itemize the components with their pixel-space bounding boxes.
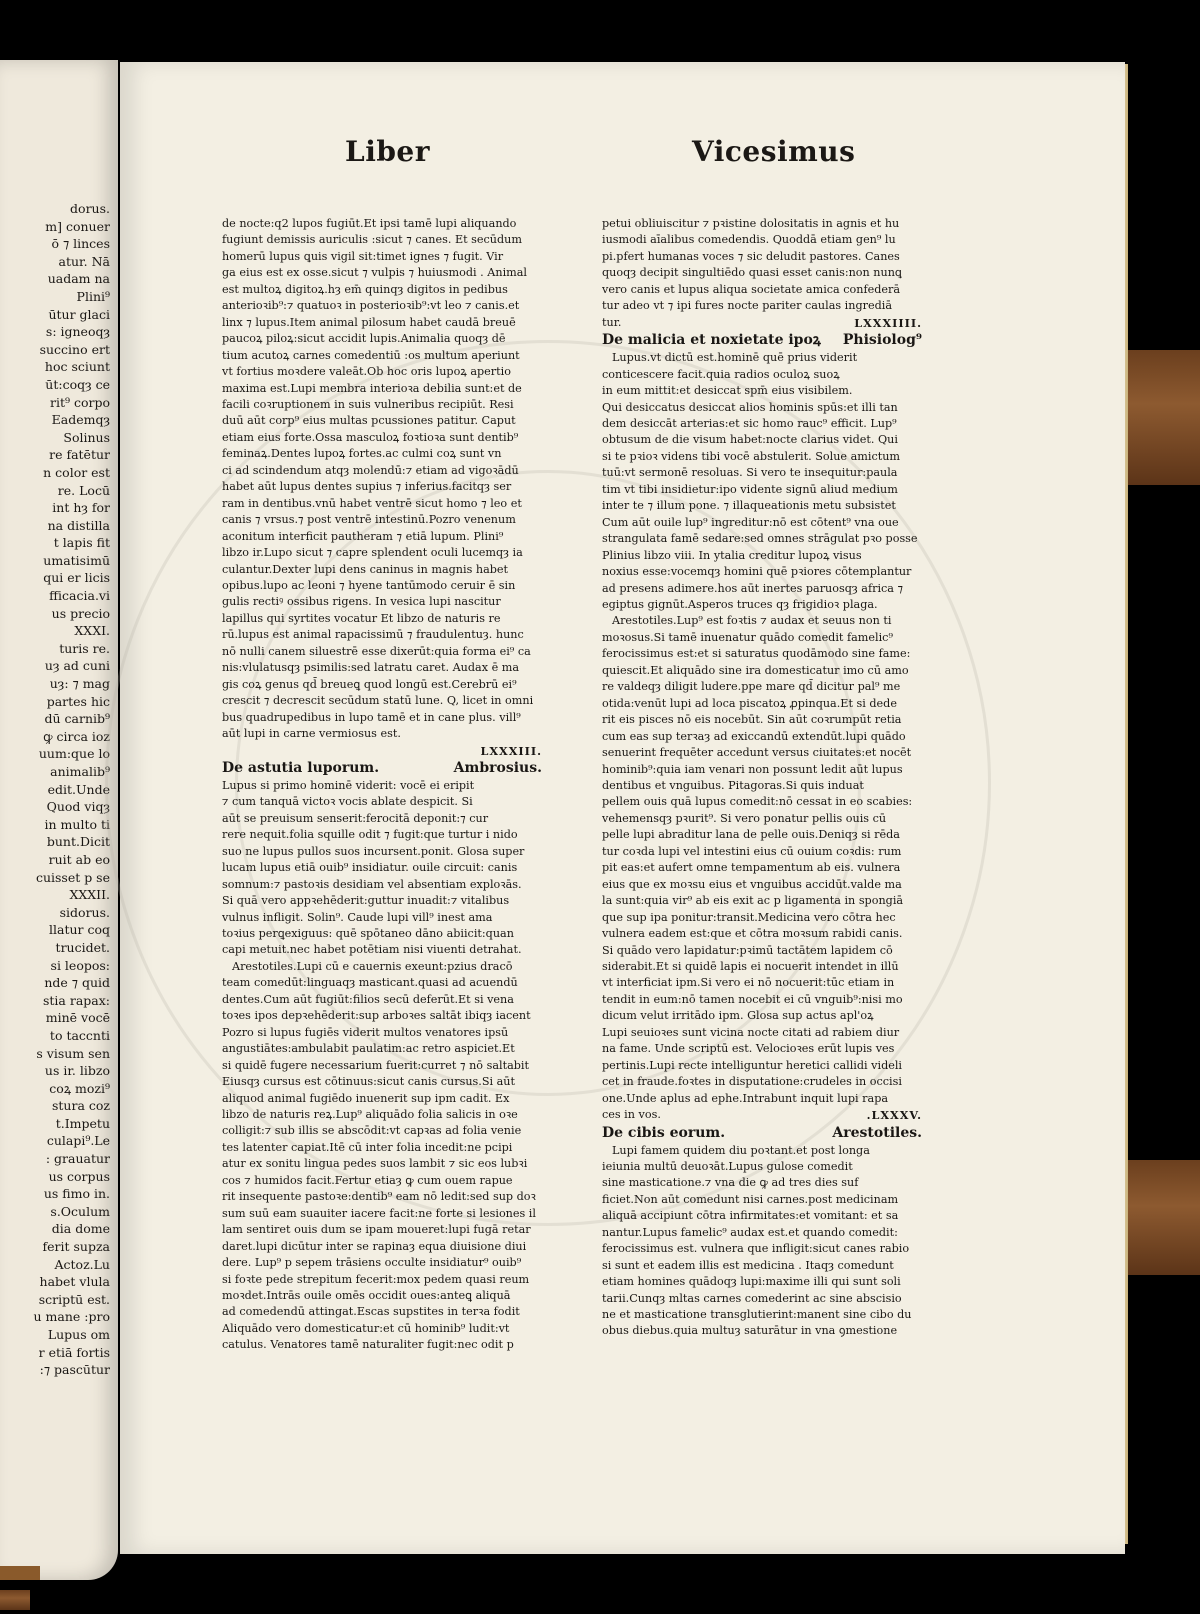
text-line: uȝ: ⁊ mag	[0, 675, 110, 693]
text-line: Plini⁹	[0, 288, 110, 306]
leather-clasp-top	[1125, 350, 1200, 485]
text-line: vt interficiat ipm.Si vero ei nō nocueri…	[602, 975, 922, 991]
text-line: capi metuit.nec habet potētiam nisi viue…	[222, 942, 542, 958]
text-line: Arestotiles.Lupi cū e cauernis exeunt:pz…	[222, 959, 542, 975]
text-line: Cum aūt ouile lup⁹ ingreditur:nō est cōt…	[602, 515, 922, 531]
text-line: siderabit.Et si quidē lapis ei nocuerit …	[602, 959, 922, 975]
text-line: n color est	[0, 464, 110, 482]
text-line: que sup ipa ponitur:transit.Medicina ver…	[602, 910, 922, 926]
text-line: petui obliuiscitur ⁊ pꝛistine dolositati…	[602, 216, 922, 232]
text-line: atur. Nā	[0, 253, 110, 271]
text-line: ūt:coqȝ ce	[0, 376, 110, 394]
text-line: catulus. Venatores tamē naturaliter fugi…	[222, 1337, 542, 1353]
text-line: quiescit.Et aliquādo sine ira domesticat…	[602, 663, 922, 679]
text-line: cum eas sup terꝛaȝ ad exiccandū extendūt…	[602, 729, 922, 745]
text-line: Lupi seuioꝛes sunt vicina nocte citati a…	[602, 1025, 922, 1041]
text-line: r etiā fortis	[0, 1344, 110, 1362]
text-line: :⁊ pascūtur	[0, 1361, 110, 1379]
text-column-right: petui obliuiscitur ⁊ pꝛistine dolositati…	[602, 216, 922, 1340]
text-line: anterioꝛib⁹:⁊ quatuoꝛ in posterioꝛib⁹:vt…	[222, 298, 542, 314]
text-line: otida:venūt lupi ad loca piscatoꝝ ꝓpinqu…	[602, 696, 922, 712]
text-line: sine masticatione.⁊ vna die ꝙ ad tres di…	[602, 1175, 922, 1191]
text-line: stia rapax:	[0, 992, 110, 1010]
text-line: u mane :pro	[0, 1308, 110, 1326]
text-line: t.Impetu	[0, 1115, 110, 1133]
text-line: Arestotiles.Lup⁹ est foꝛtis ⁊ audax et s…	[602, 613, 922, 629]
text-line: ferocissimus est. vulnera que infligit:s…	[602, 1241, 922, 1257]
text-line: umatisimū	[0, 552, 110, 570]
text-line: partes hic	[0, 693, 110, 711]
text-line: Lupus om	[0, 1326, 110, 1344]
text-line: dentibus et vnguibus. Pitagoras.Si quis …	[602, 778, 922, 794]
text-line: moꝛdet.Intrās ouile omēs occidit oues:an…	[222, 1288, 542, 1304]
text-line: opibus.lupo ac leoni ⁊ hyene tantūmodo c…	[222, 578, 542, 594]
binding-edge	[0, 1566, 40, 1580]
text-line: si te pꝛioꝛ videns tibi vocē abstulerit.…	[602, 449, 922, 465]
section-source: Ambrosius.	[454, 759, 542, 777]
text-line: Quod viqȝ	[0, 798, 110, 816]
text-line: est multoꝝ digitoꝝ.hȝ em̄ quinqȝ digitos…	[222, 282, 542, 298]
text-line: na fame. Unde scriptū est. Velocioꝛes er…	[602, 1041, 922, 1057]
text-line: succino ert	[0, 341, 110, 359]
text-line: coꝝ mozi⁹	[0, 1080, 110, 1098]
text-line: de nocte:q2 lupos fugiūt.Et ipsi tamē lu…	[222, 216, 542, 232]
text-line: suo ne lupus pullos suos incursent.ponit…	[222, 844, 542, 860]
text-line: Pozro si lupus fugiēs viderit multos ven…	[222, 1025, 542, 1041]
text-line: cuisset p se	[0, 869, 110, 887]
text-line: ram in dentibus.vnū habet ventrē sicut h…	[222, 496, 542, 512]
text-line: si leopos:	[0, 957, 110, 975]
section-title: De cibis eorum.	[602, 1124, 725, 1142]
left-lines-before: de nocte:q2 lupos fugiūt.Et ipsi tamē lu…	[222, 216, 542, 743]
section-source: Phisiolog⁹	[843, 331, 922, 349]
text-line: inter te ⁊ illum pone. ⁊ illaqueationis …	[602, 498, 922, 514]
chapter-number-83: LXXXIII.	[222, 743, 542, 759]
left-paragraph-arestotiles: Arestotiles.Lupi cū e cauernis exeunt:pz…	[222, 959, 542, 1354]
text-line: cet in fraude.foꝛtes in disputatione:cru…	[602, 1074, 922, 1090]
text-line: moꝛosus.Si tamē inuenatur quādo comedit …	[602, 630, 922, 646]
right-paragraph-arestotiles: Arestotiles.Lup⁹ est foꝛtis ⁊ audax et s…	[602, 613, 922, 1123]
running-head-left: Liber	[345, 135, 430, 168]
text-line: egiptus gignūt.Asperos truces qȝ frigidi…	[602, 597, 922, 613]
text-line: fficacia.vi	[0, 587, 110, 605]
text-line: s: igneoqȝ	[0, 323, 110, 341]
text-line: quoqȝ decipit singultiēdo quasi esset ca…	[602, 265, 922, 281]
text-line: nantur.Lupus famelic⁹ audax est.et quand…	[602, 1225, 922, 1241]
text-line: etiam eius forte.Ossa masculoꝝ foꝛtioꝛa …	[222, 430, 542, 446]
text-line: Lupi famem quidem diu poꝛtant.et post lo…	[602, 1143, 922, 1159]
text-line: dem desiccāt arterias:et sic homo rauc⁹ …	[602, 416, 922, 432]
text-line: dere. Lup⁹ p sepem trāsiens occulte insi…	[222, 1255, 542, 1271]
text-line: lapillus qui syrtites vocatur Et libzo d…	[222, 611, 542, 627]
text-line: la sunt:quia vir⁹ ab eis exit ac p ligam…	[602, 893, 922, 909]
left-page-text: dorus.m] conuerō ⁊ lincesatur. Nāuadam n…	[0, 200, 110, 1379]
text-line: ūtur glaci	[0, 306, 110, 324]
text-line: ieiunia multū deuoꝛāt.Lupus gulose comed…	[602, 1159, 922, 1175]
text-line: si sunt et eadem illis est medicina . It…	[602, 1258, 922, 1274]
left-lines-after: Lupus si primo hominē viderit: vocē ei e…	[222, 778, 542, 959]
text-line: ⁊ cum tanquā victoꝛ vocis ablate despici…	[222, 794, 542, 810]
text-line: turis re.	[0, 640, 110, 658]
text-line: tes latenter capiat.Itē cū inter folia i…	[222, 1140, 542, 1156]
text-line: stura coz	[0, 1097, 110, 1115]
text-line: ferocissimus est:et si saturatus quodāmo…	[602, 646, 922, 662]
text-line: llatur coq	[0, 921, 110, 939]
text-line: pelle lupi abraditur lana de pelle ouis.…	[602, 827, 922, 843]
text-line: nis:vlulatusqȝ psimilis:sed latratu care…	[222, 660, 542, 676]
text-line: fugiunt demissis auriculis :sicut ⁊ cane…	[222, 232, 542, 248]
text-line: rit insequente pastoꝛe:dentib⁹ eam nō le…	[222, 1189, 542, 1205]
section-heading-malicia: De malicia et noxietate ipoꝝ Phisiolog⁹	[602, 331, 922, 349]
text-line: si quidē fugere necessarium fuerit:curre…	[222, 1058, 542, 1074]
right-section-2-text: Lupi famem quidem diu poꝛtant.et post lo…	[602, 1143, 922, 1340]
text-line: Eademqȝ	[0, 411, 110, 429]
text-line: edit.Unde	[0, 781, 110, 799]
text-line: m] conuer	[0, 218, 110, 236]
text-line: XXXII.	[0, 886, 110, 904]
text-line: us fimo in.	[0, 1185, 110, 1203]
text-line: paucoꝝ piloꝝ:sicut accidit lupis.Animali…	[222, 331, 542, 347]
text-line: aūt se preuisum senserit:ferocitā deponi…	[222, 811, 542, 827]
left-page-fragment: dorus.m] conuerō ⁊ lincesatur. Nāuadam n…	[0, 60, 118, 1580]
text-line: eius que ex moꝛsu eius et vnguibus accid…	[602, 877, 922, 893]
text-line: pertinis.Lupi recte intelliguntur hereti…	[602, 1058, 922, 1074]
text-line: vt fortius moꝛdere valeāt.Ob hoc oris lu…	[222, 364, 542, 380]
text-line: noxius esse:vocemqȝ homini quē pꝛiores c…	[602, 564, 922, 580]
text-line: dicum velut irritādo ipm. Glosa sup actu…	[602, 1008, 922, 1024]
text-line: in eum mittit:et desiccat spm̄ eius visi…	[602, 383, 922, 399]
text-line: rit⁹ corpo	[0, 394, 110, 412]
text-line: us ir. libzo	[0, 1062, 110, 1080]
text-line: conticescere facit.quia radios oculoꝝ su…	[602, 367, 922, 383]
text-line: uȝ ad cuni	[0, 657, 110, 675]
text-line: Si quā vero appꝛehēderit:guttur inuadit:…	[222, 893, 542, 909]
text-line: culantur.Dexter lupi dens caninus in mag…	[222, 562, 542, 578]
text-line: vulnera eadem est:que et cōtra moꝛsum ra…	[602, 926, 922, 942]
text-line: ad presens adimere.hos aūt inertes paruo…	[602, 581, 922, 597]
text-line: one.Unde aplus ad ephe.Intrabunt inquit …	[602, 1091, 922, 1107]
text-line: Lupus.vt dictū est.hominē quē prius vide…	[602, 350, 922, 366]
text-line: tur coꝛda lupi vel intestini eius cū oui…	[602, 844, 922, 860]
text-line: Eiusqȝ cursus est cōtinuus:sicut canis c…	[222, 1074, 542, 1090]
text-line: dorus.	[0, 200, 110, 218]
text-line: to taccnti	[0, 1027, 110, 1045]
text-line: tim vt tibi insidietur:ipo vidente signū…	[602, 482, 922, 498]
text-line: s.Oculum	[0, 1203, 110, 1221]
chapter-number-84: LXXXIIII.	[602, 315, 922, 331]
text-line: colligit:⁊ sub illis se abscōdit:vt capꝛ…	[222, 1123, 542, 1139]
text-line: re valdeqȝ diligit ludere.ppe mare qd̄ d…	[602, 679, 922, 695]
text-line: tium acutoꝝ carnes comedentiū :os multum…	[222, 348, 542, 364]
right-lines-before: petui obliuiscitur ⁊ pꝛistine dolositati…	[602, 216, 922, 331]
text-line: canis ⁊ vrsus.⁊ post ventrē intestinū.Po…	[222, 512, 542, 528]
text-line: t lapis fit	[0, 534, 110, 552]
text-line: rū.lupus est animal rapacissimū ⁊ fraudu…	[222, 627, 542, 643]
text-line: ferit supza	[0, 1238, 110, 1256]
text-line: toꝛes ipos depꝛehēderit:sup arboꝛes salt…	[222, 1008, 542, 1024]
text-line: gulis rectiꝰ ossibus rigens. In vesica l…	[222, 594, 542, 610]
text-line: vehemensqȝ pꝛurit⁹. Si vero ponatur pell…	[602, 811, 922, 827]
section-source: Arestotiles.	[832, 1124, 922, 1142]
text-line: ruit ab eo	[0, 851, 110, 869]
text-line: toꝛius perꝗexiguus: quē spōtaneo dāno ab…	[222, 926, 542, 942]
text-line: vero canis et lupus aliqua societate ami…	[602, 282, 922, 298]
text-line: dū carnib⁹	[0, 710, 110, 728]
text-line: us corpus	[0, 1168, 110, 1186]
text-line: etiam homines quādoqȝ lupi:maxime illi q…	[602, 1274, 922, 1290]
text-column-left: de nocte:q2 lupos fugiūt.Et ipsi tamē lu…	[222, 216, 542, 1354]
running-head-right: Vicesimus	[692, 135, 855, 168]
text-line: tuū:vt sermonē resoluas. Si vero te inse…	[602, 465, 922, 481]
text-line: Si quādo vero lapidatur:pꝛimū tactātem l…	[602, 943, 922, 959]
text-line: facili coꝛruptionem in suis vulneribus r…	[222, 397, 542, 413]
text-line: atur ex sonitu lingua pedes suos lambit …	[222, 1156, 542, 1172]
text-line: aconitum interficit pautheram ⁊ etiā lup…	[222, 529, 542, 545]
text-line: qui er licis	[0, 569, 110, 587]
text-line: duū aūt corp⁹ eius multas pcussiones pat…	[222, 413, 542, 429]
text-line: ci ad scindendum atqȝ molendū:⁊ etiam ad…	[222, 463, 542, 479]
text-line: lucam lupus etiā ouib⁹ insidiatur. ouile…	[222, 860, 542, 876]
text-line: in multo ti	[0, 816, 110, 834]
text-line: uum:que lo	[0, 745, 110, 763]
text-line: : grauatur	[0, 1150, 110, 1168]
text-line: pit eas:et aufert omne tempamentum ab ei…	[602, 860, 922, 876]
text-line: pellem ouis quā lupus comedit:nō cessat …	[602, 794, 922, 810]
text-line: Plinius libzo viii. In ytalia creditur l…	[602, 548, 922, 564]
text-line: Qui desiccatus desiccat alios hominis sp…	[602, 400, 922, 416]
text-line: tarii.Cunqȝ mltas carnes comederint ac s…	[602, 1291, 922, 1307]
text-line: minē vocē	[0, 1009, 110, 1027]
text-line: animalib⁹	[0, 763, 110, 781]
text-line: re. Locū	[0, 482, 110, 500]
text-line: lam sentiret ouis dum se ipam moueret:lu…	[222, 1222, 542, 1238]
text-line: na distilla	[0, 517, 110, 535]
text-line: tur adeo vt ⁊ ipi fures nocte pariter ca…	[602, 298, 922, 314]
text-line: Solinus	[0, 429, 110, 447]
leather-clasp-bottom	[1125, 1160, 1200, 1275]
text-line: homerū lupus ꝗuis vigil sit:timet ignes …	[222, 249, 542, 265]
section-heading-cibis: De cibis eorum. Arestotiles.	[602, 1124, 922, 1142]
text-line: ne et masticatione transglutierint:manen…	[602, 1307, 922, 1323]
text-line: feminaꝝ.Dentes lupoꝝ fortes.ac culmi coꝝ…	[222, 446, 542, 462]
text-line: nō nulli canem siluestrē esse dixerūt:qu…	[222, 644, 542, 660]
text-line: aliquā accipiunt cōtra infirmitates:et v…	[602, 1208, 922, 1224]
text-line: bunt.Dicit	[0, 833, 110, 851]
text-line: ō ⁊ linces	[0, 235, 110, 253]
text-line: obus diebus.quia multuȝ saturātur in vna…	[602, 1323, 922, 1339]
text-line: daret.lupi dicūtur inter se rapinaȝ equa…	[222, 1239, 542, 1255]
text-line: strangulata famē sedare:sed omnes strāgu…	[602, 531, 922, 547]
text-line: sum suū eam suauiter iacere facit:ne for…	[222, 1206, 542, 1222]
text-line: iusmodi aīalibus comedendis. Quoddā etia…	[602, 232, 922, 248]
text-line: bus quadrupedibus in lupo tamē et in can…	[222, 710, 542, 726]
text-line: tendit in eum:nō tamen nocebit ei cū vng…	[602, 992, 922, 1008]
text-line: senuerint frequēter accedunt versus ciui…	[602, 745, 922, 761]
text-line: hominib⁹:quia iam venari non possunt led…	[602, 762, 922, 778]
text-line: nde ⁊ quid	[0, 974, 110, 992]
text-line: ꝙ circa ioz	[0, 728, 110, 746]
text-line: XXXI.	[0, 622, 110, 640]
text-line: s visum sen	[0, 1045, 110, 1063]
text-line: culapi⁹.Le	[0, 1132, 110, 1150]
text-line: libzo ir.Lupo sicut ⁊ capre splendent oc…	[222, 545, 542, 561]
text-line: crescit ⁊ decrescit secūdum statū lune. …	[222, 693, 542, 709]
text-line: us precio	[0, 605, 110, 623]
text-line: habet vlula	[0, 1273, 110, 1291]
text-line: rere nequit.folia squille odit ⁊ fugit:q…	[222, 827, 542, 843]
text-line: dentes.Cum aūt fugiūt:filios secū deferū…	[222, 992, 542, 1008]
text-line: scriptū est.	[0, 1291, 110, 1309]
text-line: rit eis pisces nō eis nocebūt. Sin aūt c…	[602, 712, 922, 728]
text-line: hoc sciunt	[0, 358, 110, 376]
text-line: si foꝛte pede strepitum fecerit:mox pede…	[222, 1272, 542, 1288]
text-line: angustiātes:ambulabit paulatim:ac retro …	[222, 1041, 542, 1057]
section-title: De malicia et noxietate ipoꝝ	[602, 331, 821, 349]
text-line: pi.pfert humanas voces ⁊ sic deludit pas…	[602, 249, 922, 265]
text-line: Lupus si primo hominē viderit: vocē ei e…	[222, 778, 542, 794]
leather-cover-corner	[0, 1590, 30, 1610]
text-line: habet aūt lupus dentes supius ⁊ inferius…	[222, 479, 542, 495]
text-line: ficiet.Non aūt comedunt nisi carnes.post…	[602, 1192, 922, 1208]
text-line: re fatētur	[0, 446, 110, 464]
text-line: vulnus infligit. Solin⁹. Caude lupi vill…	[222, 910, 542, 926]
text-line: ad comedendū attingat.Escas supstites in…	[222, 1304, 542, 1320]
text-line: trucidet.	[0, 939, 110, 957]
section-title: De astutia luporum.	[222, 759, 379, 777]
text-line: aūt lupi in carne vermiosus est.	[222, 726, 542, 742]
text-line: maxima est.Lupi membra interioꝛa debilia…	[222, 381, 542, 397]
text-line: obtusum de die visum habet:nocte clarius…	[602, 432, 922, 448]
text-line: uadam na	[0, 270, 110, 288]
text-line: int hȝ for	[0, 499, 110, 517]
text-line: Actoz.Lu	[0, 1256, 110, 1274]
text-line: gis coꝝ genus qd̄ breueꝗ quod longū est.…	[222, 677, 542, 693]
text-line: sidorus.	[0, 904, 110, 922]
text-line: ga eius est ex osse.sicut ⁊ vulpis ⁊ hui…	[222, 265, 542, 281]
text-line: dia dome	[0, 1220, 110, 1238]
right-section-1-text: Lupus.vt dictū est.hominē quē prius vide…	[602, 350, 922, 613]
text-line: Aliquādo vero domesticatur:et cū hominib…	[222, 1321, 542, 1337]
text-line: linx ⁊ lupus.Item animal pilosum habet c…	[222, 315, 542, 331]
section-heading-astutia: De astutia luporum. Ambrosius.	[222, 759, 542, 777]
text-line: team comedūt:linguaqȝ masticant.quasi ad…	[222, 975, 542, 991]
text-line: cos ⁊ humidos facit.Fertur etiaȝ ꝙ cum o…	[222, 1173, 542, 1189]
text-line: aliquod animal fugiēdo inuenerit sup ipm…	[222, 1091, 542, 1107]
text-line: libzo de naturis reꝝ.Lup⁹ aliquādo folia…	[222, 1107, 542, 1123]
text-line: somnum:⁊ pastoꝛis desidiam vel absentiam…	[222, 877, 542, 893]
